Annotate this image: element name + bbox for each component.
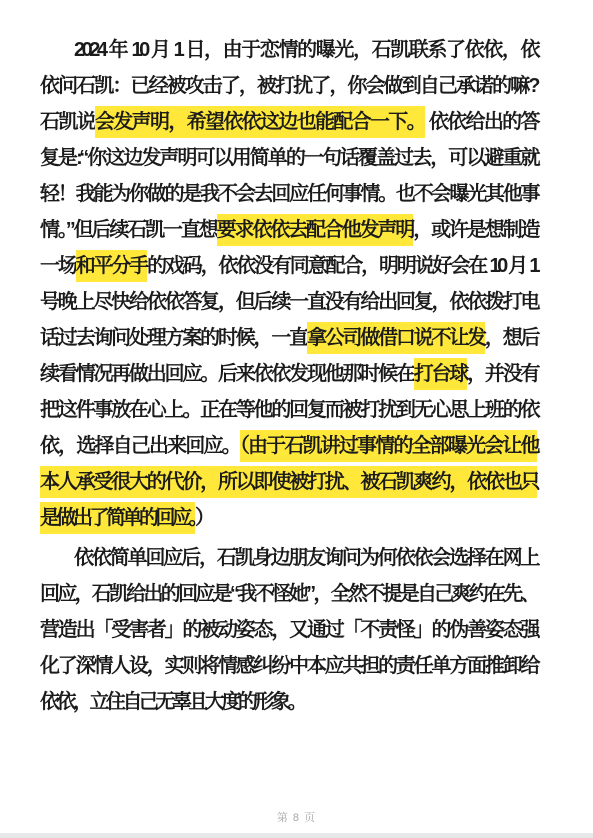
- paragraph-1: 2024 年 10 月 1 日，由于恋情的曝光，石凯联系了依依，依 依问石凯：已…: [40, 32, 537, 536]
- text-line: 依依简单回应后，石凯身边朋友询问为何依依会选择在网上: [40, 540, 537, 576]
- text-segment: 依依，立住自己无辜且大度的形象。: [40, 691, 304, 713]
- text-segment: 的戏码，依依没有同意配合，明明说好会在 10 月 1: [147, 255, 537, 277]
- text-segment: 依依给出的答: [425, 111, 537, 133]
- highlighted-text: 和平分手: [76, 250, 147, 282]
- text-line: 话过去询问处理方案的时候，一直拿公司做借口说不让发，想后: [40, 320, 537, 356]
- text-segment: 复是:“你这边发声明可以用简单的一句话覆盖过去，可以避重就: [40, 147, 537, 169]
- text-segment: 营造出「受害者」的被动姿态，又通过「不责怪」的伪善姿态强: [40, 619, 537, 641]
- text-segment: ）: [195, 507, 212, 529]
- text-line: 一场和平分手的戏码，依依没有同意配合，明明说好会在 10 月 1: [40, 248, 537, 284]
- page-number: 第 8 页: [277, 812, 316, 824]
- highlighted-text: 本人承受很大的代价，所以即使被打扰、被石凯爽约，依依也只: [40, 466, 537, 498]
- text-line: 石凯说会发声明，希望依依这边也能配合一下。 依依给出的答: [40, 104, 537, 140]
- text-line: 号晚上尽快给依依答复，但后续一直没有给出回复，依依拨打电: [40, 284, 537, 320]
- text-line: 续看情况再做出回应。后来依依发现他那时候在打台球，并没有: [40, 356, 537, 392]
- text-line: 依依，立住自己无辜且大度的形象。: [40, 684, 537, 720]
- text-segment: 回应，石凯给出的回应是“我不怪她”，全然不提是自己爽约在先、: [40, 583, 537, 605]
- text-line: 2024 年 10 月 1 日，由于恋情的曝光，石凯联系了依依，依: [40, 32, 537, 68]
- text-line: 本人承受很大的代价，所以即使被打扰、被石凯爽约，依依也只: [40, 464, 537, 500]
- text-segment: ，想后: [485, 327, 537, 349]
- text-line: 营造出「受害者」的被动姿态，又通过「不责怪」的伪善姿态强: [40, 612, 537, 648]
- document-page: 2024 年 10 月 1 日，由于恋情的曝光，石凯联系了依依，依 依问石凯：已…: [0, 0, 593, 720]
- text-segment: 续看情况再做出回应。后来依依发现他那时候在: [40, 363, 414, 385]
- text-segment: 化了深情人设，实则将情感纠纷中本应共担的责任单方面推卸给: [40, 655, 537, 677]
- text-segment: 依依简单回应后，石凯身边朋友询问为何依依会选择在网上: [74, 547, 537, 569]
- text-segment: 话过去询问处理方案的时候，一直: [40, 327, 307, 349]
- highlighted-text: 拿公司做借口说不让发: [307, 322, 485, 354]
- text-line: 复是:“你这边发声明可以用简单的一句话覆盖过去，可以避重就: [40, 140, 537, 176]
- text-segment: ，并没有: [467, 363, 537, 385]
- text-segment: 依，选择自己出来回应。: [40, 435, 240, 457]
- text-line: 情。”但后续石凯一直想要求依依去配合他发声明，或许是想制造: [40, 212, 537, 248]
- text-segment: 号晚上尽快给依依答复，但后续一直没有给出回复，依依拨打电: [40, 291, 537, 313]
- text-line: 把这件事放在心上。正在等他的回复而被打扰到无心思上班的依: [40, 392, 537, 428]
- text-line: 回应，石凯给出的回应是“我不怪她”，全然不提是自己爽约在先、: [40, 576, 537, 612]
- text-segment: 依问石凯：已经被攻击了，被打扰了，你会做到自己承诺的嘛?: [40, 75, 537, 97]
- text-segment: 2024 年 10 月 1 日，由于恋情的曝光，石凯联系了依依，依: [74, 39, 537, 61]
- text-segment: 把这件事放在心上。正在等他的回复而被打扰到无心思上班的依: [40, 399, 537, 421]
- page-footer: 第 8 页: [0, 809, 593, 825]
- text-line: 轻！我能为你做的是我不会去回应任何事情。也不会曝光其他事: [40, 176, 537, 212]
- text-segment: 轻！我能为你做的是我不会去回应任何事情。也不会曝光其他事: [40, 183, 537, 205]
- text-line: 依，选择自己出来回应。（由于石凯讲过事情的全部曝光会让他: [40, 428, 537, 464]
- highlighted-text: 会发声明，希望依依这边也能配合一下。: [95, 106, 425, 138]
- paragraph-2: 依依简单回应后，石凯身边朋友询问为何依依会选择在网上 回应，石凯给出的回应是“我…: [40, 540, 537, 720]
- highlighted-text: 打台球: [414, 358, 467, 390]
- text-line: 依问石凯：已经被攻击了，被打扰了，你会做到自己承诺的嘛?: [40, 68, 537, 104]
- highlighted-text: （由于石凯讲过事情的全部曝光会让他: [240, 430, 537, 462]
- highlighted-text: 要求依依去配合他发声明: [217, 214, 414, 246]
- text-segment: 一场: [40, 255, 76, 277]
- text-segment: ，或许是想制造: [413, 219, 537, 241]
- text-segment: 石凯说: [40, 111, 95, 133]
- text-segment: 情。”但后续石凯一直想: [40, 219, 217, 241]
- highlighted-text: 是做出了简单的回应。: [40, 502, 195, 534]
- page-bottom-edge: [0, 833, 593, 838]
- text-line: 化了深情人设，实则将情感纠纷中本应共担的责任单方面推卸给: [40, 648, 537, 684]
- text-line: 是做出了简单的回应。）: [40, 500, 537, 536]
